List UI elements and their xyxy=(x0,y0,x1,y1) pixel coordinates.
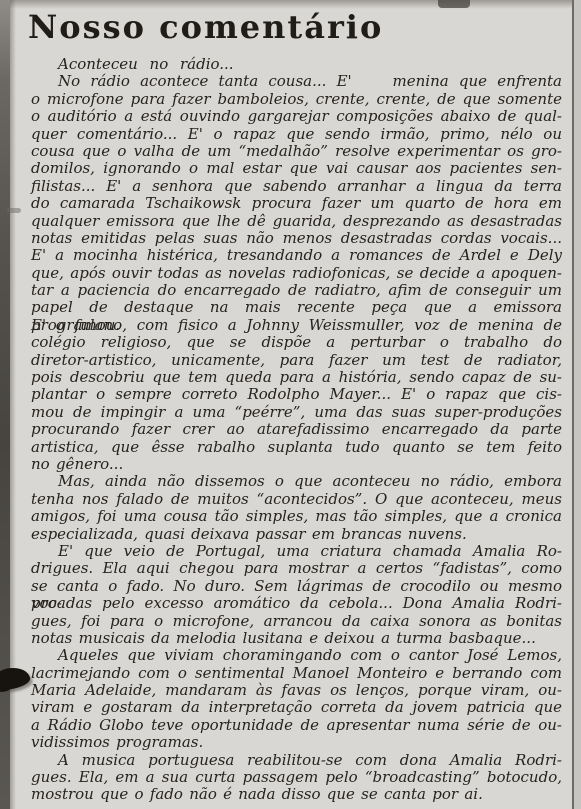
article-body: Aconteceu no rádio...No rádio acontece t… xyxy=(31,56,562,804)
text-line: lacrimejando com o sentimental Manoel Mo… xyxy=(31,665,562,682)
text-line: colégio religioso, que se dispõe a pertu… xyxy=(31,334,562,351)
text-line: plantar o sempre correto Rodolpho Mayer.… xyxy=(31,386,562,403)
article-title: Nosso comentário xyxy=(28,8,383,46)
text-line: E' que veio de Portugal, uma criatura ch… xyxy=(31,543,562,560)
text-line: tar a paciencia do encarregado de radiat… xyxy=(31,282,562,299)
text-line: gues. Ela, em a sua curta passagem pelo … xyxy=(31,769,562,786)
text-line: no gênero... xyxy=(31,456,562,473)
text-line: E' a mocinha histérica, tresandando a ro… xyxy=(31,247,562,264)
text-line: Maria Adelaide, mandaram às favas os len… xyxy=(31,682,562,699)
text-line: papel de destaque na mais recente peça q… xyxy=(31,299,562,316)
text-line: mou de impingir a uma “peérre”, uma das … xyxy=(31,404,562,421)
text-line: notas emitidas pelas suas não menos desa… xyxy=(31,230,562,247)
text-line: mostrou que o fado não é nada disso que … xyxy=(31,786,562,803)
text-line: diretor-artistico, unicamente, para faze… xyxy=(31,352,562,369)
text-line: o microfone para fazer bamboleios, crent… xyxy=(31,91,562,108)
text-line: que, após ouvir todas as novelas radiofo… xyxy=(31,265,562,282)
text-line: No rádio acontece tanta cousa... E' meni… xyxy=(31,73,562,90)
ink-smudge xyxy=(7,208,21,213)
text-line: procurando fazer crer ao atarefadissimo … xyxy=(31,421,562,438)
text-line: filistas... E' a senhora que sabendo arr… xyxy=(31,178,562,195)
text-line: Aqueles que viviam choramingando com o c… xyxy=(31,647,562,664)
text-line: amigos, foi uma cousa tão simples, mas t… xyxy=(31,508,562,525)
text-line: o auditório a está ouvindo gargarejar co… xyxy=(31,108,562,125)
text-line: quer comentário... E' o rapaz que sendo … xyxy=(31,126,562,143)
text-line: especializada, quasi deixava passar em b… xyxy=(31,526,562,543)
text-line: E' o fulano, com fisico a Johnny Weissmu… xyxy=(31,317,562,334)
text-line: a Rádio Globo teve oportunidade de apres… xyxy=(31,717,562,734)
text-line: artistica, que êsse rabalho suplanta tud… xyxy=(31,439,562,456)
scan-edge-top-dark-patch xyxy=(438,0,470,8)
ink-blot xyxy=(0,666,31,691)
text-line: domilos, ignorando o mal estar que vai c… xyxy=(31,160,562,177)
text-line: Aconteceu no rádio... xyxy=(31,56,562,73)
text-line: cousa que o valha de um “medalhão” resol… xyxy=(31,143,562,160)
scan-edge-right-strip xyxy=(574,0,581,809)
text-line: se canta o fado. No duro. Sem lágrimas d… xyxy=(31,578,562,595)
text-line: A musica portuguesa reabilitou-se com do… xyxy=(31,752,562,769)
text-line: Mas, ainda não dissemos o que aconteceu … xyxy=(31,473,562,490)
text-line: pois descobriu que tem queda para a hist… xyxy=(31,369,562,386)
text-line: vocadas pelo excesso aromático da cebola… xyxy=(31,595,562,612)
text-line: do camarada Tschaikowsk procura fazer um… xyxy=(31,195,562,212)
text-line: notas musicais da melodia lusitana e dei… xyxy=(31,630,562,647)
text-line: gues, foi para o microfone, arrancou da … xyxy=(31,613,562,630)
text-line: drigues. Ela aqui chegou para mostrar a … xyxy=(31,560,562,577)
text-line: vidissimos programas. xyxy=(31,734,562,751)
text-line: qualquer emissora que lhe dê guarida, de… xyxy=(31,213,562,230)
text-line: tenha nos falado de muitos “acontecidos”… xyxy=(31,491,562,508)
text-line: viram e gostaram da interpretação corret… xyxy=(31,699,562,716)
